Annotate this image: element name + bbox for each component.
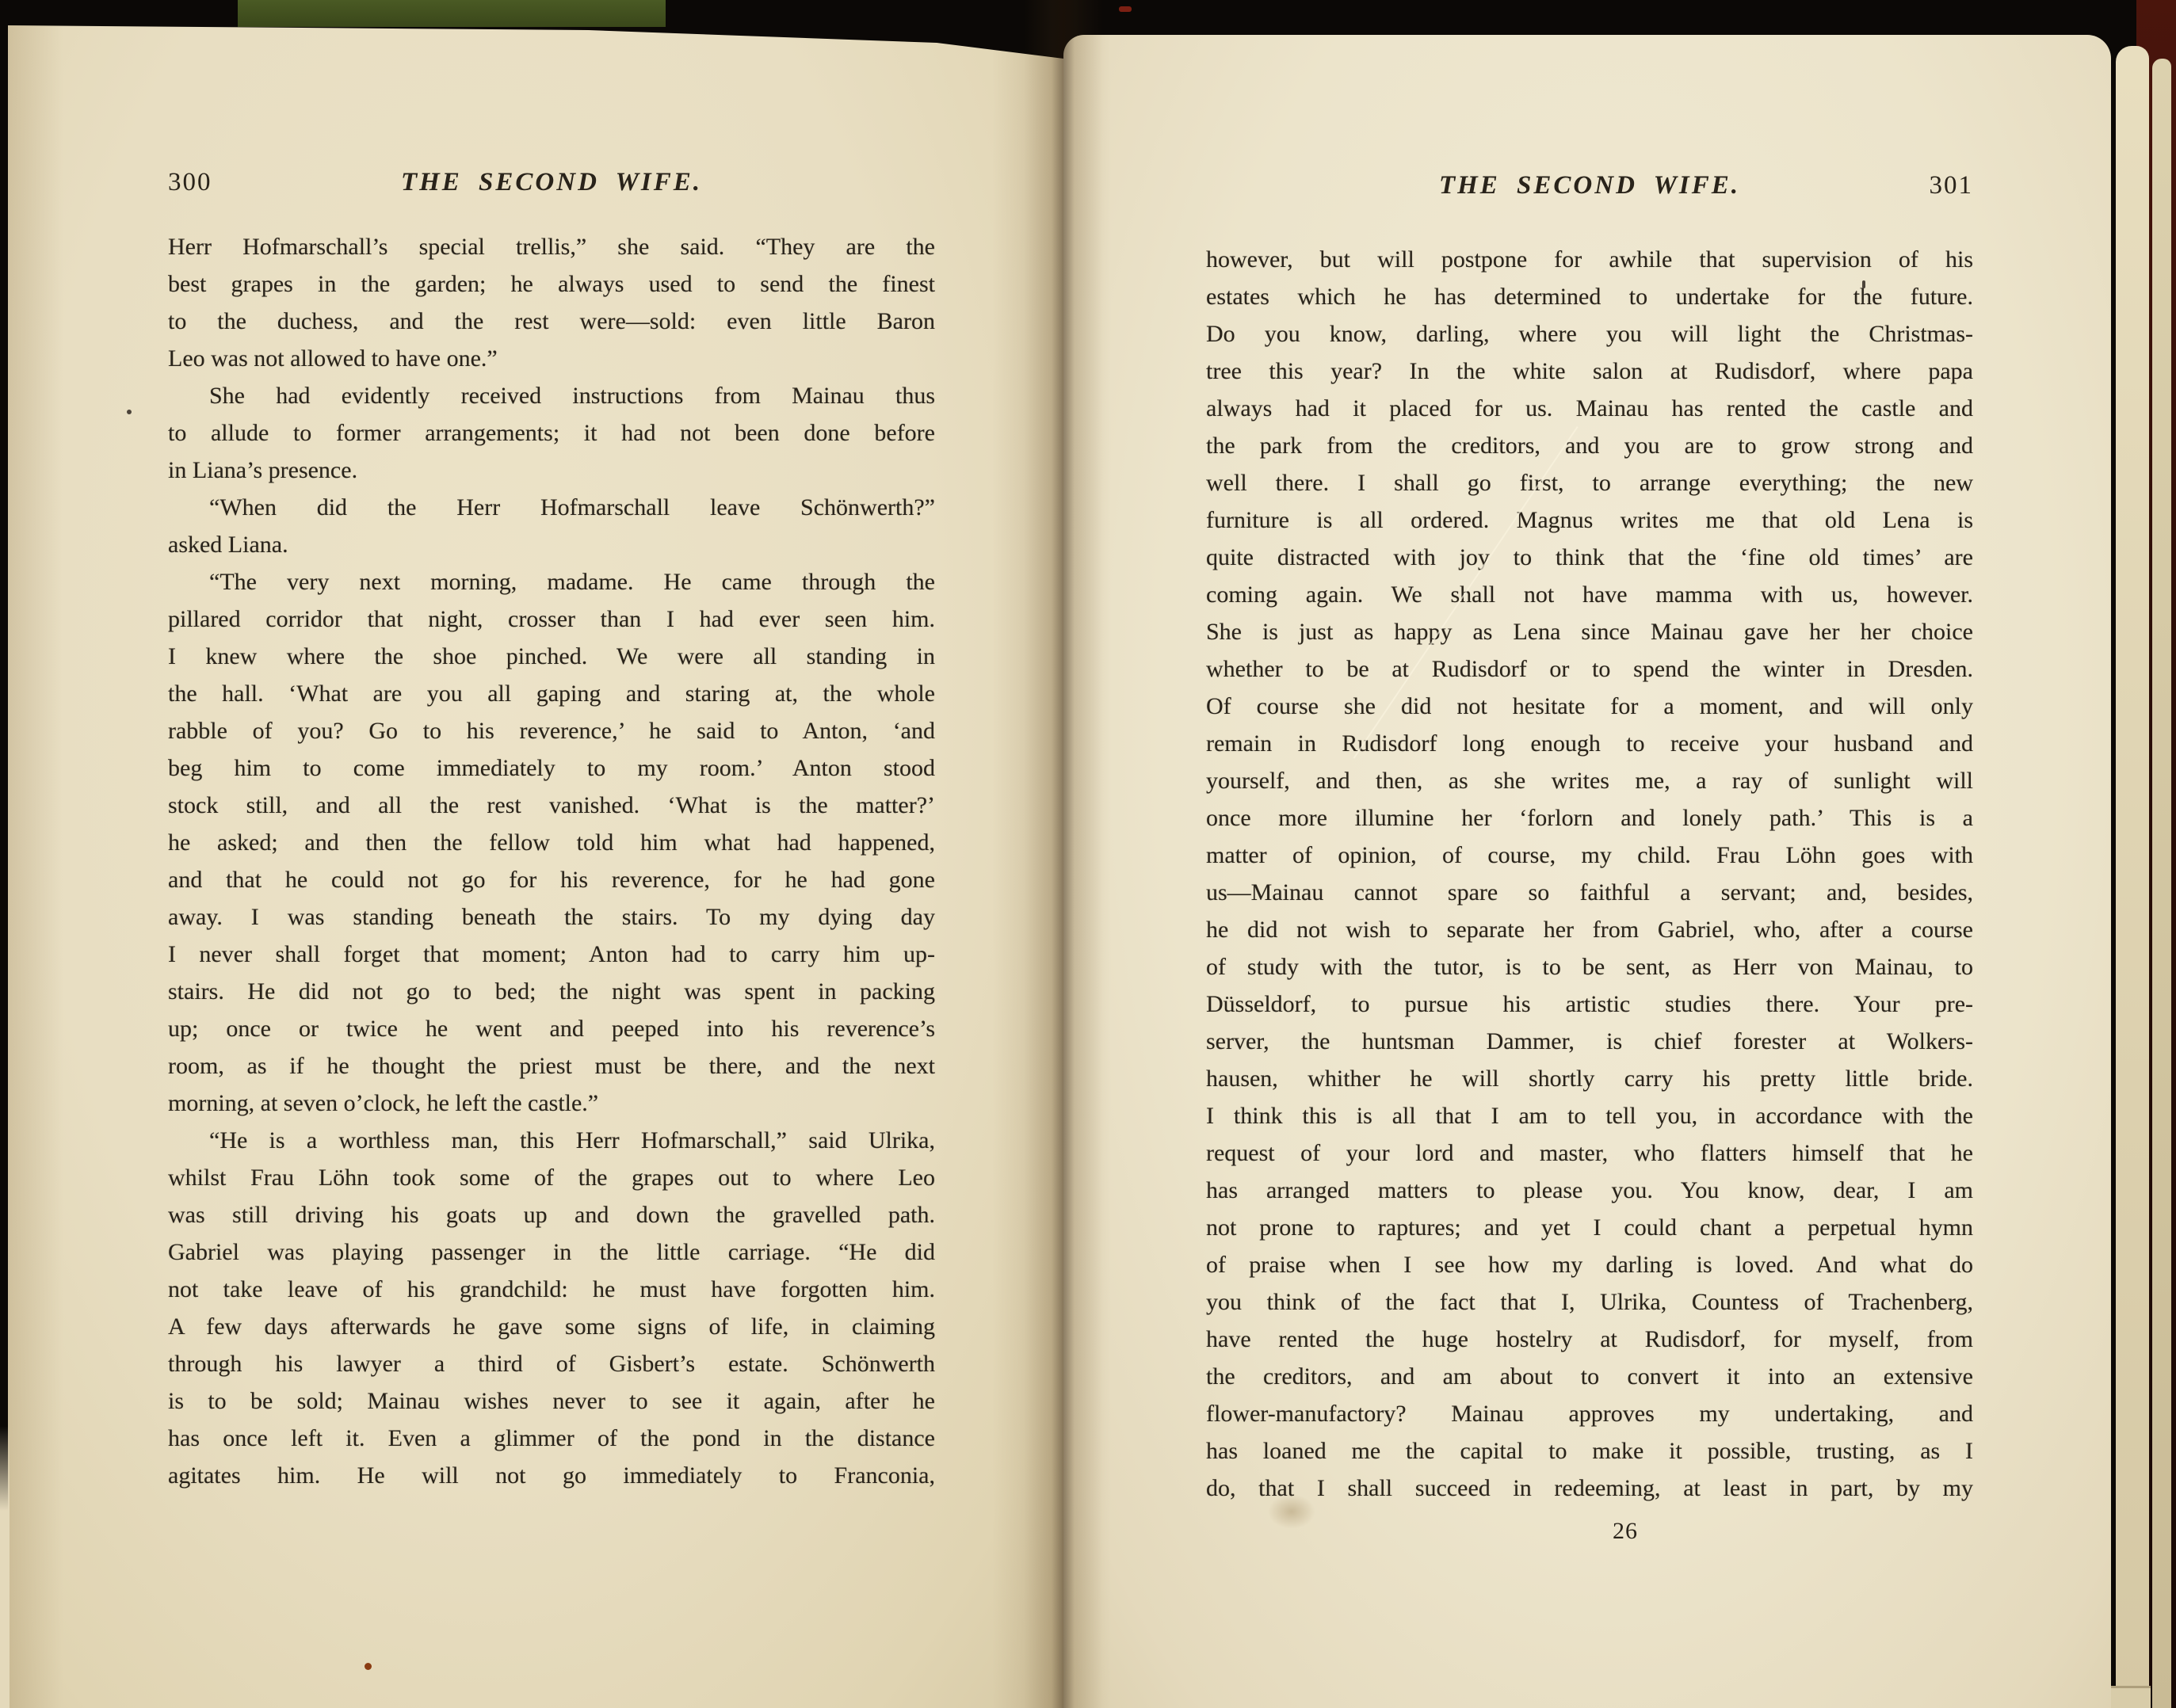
text-line: up; once or twice he went and peeped int… bbox=[168, 1010, 935, 1047]
text-line: tree this year? In the white salon at Ru… bbox=[1206, 353, 1973, 390]
text-line: pillared corridor that night, crosser th… bbox=[168, 600, 935, 638]
text-line: you think of the fact that I, Ulrika, Co… bbox=[1206, 1283, 1973, 1321]
text-line: morning, at seven o’clock, he left the c… bbox=[168, 1085, 935, 1122]
text-line: She had evidently received instructions … bbox=[168, 377, 935, 414]
text-line: coming again. We shall not have mamma wi… bbox=[1206, 576, 1973, 613]
left-page: 300 THE SECOND WIFE. Herr Hofmarschall’s… bbox=[8, 24, 1063, 1708]
text-line: is to be sold; Mainau wishes never to se… bbox=[168, 1382, 935, 1420]
text-line: have rented the huge hostelry at Rudisdo… bbox=[1206, 1321, 1973, 1358]
right-page-header: THE SECOND WIFE. 301 bbox=[1206, 171, 1973, 206]
text-line: Gabriel was playing passenger in the lit… bbox=[168, 1233, 935, 1271]
right-page-text: however, but will postpone for awhile th… bbox=[1206, 241, 1973, 1507]
text-line: Of course she did not hesitate for a mom… bbox=[1206, 688, 1973, 725]
text-line: I think this is all that I am to tell yo… bbox=[1206, 1097, 1973, 1134]
text-line: well there. I shall go first, to arrange… bbox=[1206, 464, 1973, 501]
text-line: flower-manufactory? Mainau approves my u… bbox=[1206, 1395, 1973, 1432]
foxing-speck bbox=[127, 410, 132, 414]
text-line: the creditors, and am about to convert i… bbox=[1206, 1358, 1973, 1395]
text-line: has loaned me the capital to make it pos… bbox=[1206, 1432, 1973, 1470]
running-title: THE SECOND WIFE. bbox=[1206, 171, 1973, 200]
text-line: through his lawyer a third of Gisbert’s … bbox=[168, 1345, 935, 1382]
text-line: beg him to come immediately to my room.’… bbox=[168, 749, 935, 787]
signature-mark: 26 bbox=[1242, 1518, 2009, 1545]
foxing-speck bbox=[1119, 6, 1132, 12]
text-line: remain in Rudisdorf long enough to recei… bbox=[1206, 725, 1973, 762]
text-line: stairs. He did not go to bed; the night … bbox=[168, 973, 935, 1010]
text-line: always had it placed for us. Mainau has … bbox=[1206, 390, 1973, 427]
text-line: “When did the Herr Hofmarschall leave Sc… bbox=[168, 489, 935, 526]
text-line: quite distracted with joy to think that … bbox=[1206, 539, 1973, 576]
text-line: Do you know, darling, where you will lig… bbox=[1206, 315, 1973, 353]
text-line: I knew where the shoe pinched. We were a… bbox=[168, 638, 935, 675]
text-line: hausen, whither he will shortly carry hi… bbox=[1206, 1060, 1973, 1097]
fore-edge-page-stack bbox=[2116, 46, 2149, 1708]
text-line: was still driving his goats up and down … bbox=[168, 1196, 935, 1233]
text-line: asked Liana. bbox=[168, 526, 935, 563]
text-line: has once left it. Even a glimmer of the … bbox=[168, 1420, 935, 1457]
text-line: away. I was standing beneath the stairs.… bbox=[168, 898, 935, 936]
text-line: best grapes in the garden; he always use… bbox=[168, 265, 935, 303]
text-line: Herr Hofmarschall’s special trellis,” sh… bbox=[168, 228, 935, 265]
right-page: THE SECOND WIFE. 301 however, but will p… bbox=[1063, 35, 2111, 1708]
text-line: of study with the tutor, is to be sent, … bbox=[1206, 948, 1973, 986]
text-line: to the duchess, and the rest were—sold: … bbox=[168, 303, 935, 340]
text-line: he did not wish to separate her from Gab… bbox=[1206, 911, 1973, 948]
text-line: whether to be at Rudisdorf or to spend t… bbox=[1206, 650, 1973, 688]
book-cover-green-edge bbox=[238, 0, 666, 27]
foxing-speck bbox=[1862, 280, 1865, 288]
text-line: yourself, and then, as she writes me, a … bbox=[1206, 762, 1973, 799]
text-line: She is just as happy as Lena since Maina… bbox=[1206, 613, 1973, 650]
text-line: agitates him. He will not go immediately… bbox=[168, 1457, 935, 1494]
text-line: I never shall forget that moment; Anton … bbox=[168, 936, 935, 973]
page-corner-patch bbox=[0, 1426, 10, 1708]
text-line: the park from the creditors, and you are… bbox=[1206, 427, 1973, 464]
text-line: he asked; and then the fellow told him w… bbox=[168, 824, 935, 861]
page-number: 300 bbox=[168, 168, 212, 197]
text-line: however, but will postpone for awhile th… bbox=[1206, 241, 1973, 278]
paper-stain bbox=[1268, 1494, 1315, 1529]
text-line: “He is a worthless man, this Herr Hofmar… bbox=[168, 1122, 935, 1159]
text-line: rabble of you? Go to his reverence,’ he … bbox=[168, 712, 935, 749]
text-line: not prone to raptures; and yet I could c… bbox=[1206, 1209, 1973, 1246]
text-line: A few days afterwards he gave some signs… bbox=[168, 1308, 935, 1345]
book-gutter bbox=[1024, 0, 1103, 1708]
text-line: furniture is all ordered. Magnus writes … bbox=[1206, 501, 1973, 539]
text-line: stock still, and all the rest vanished. … bbox=[168, 787, 935, 824]
text-line: Düsseldorf, to pursue his artistic studi… bbox=[1206, 986, 1973, 1023]
left-page-text: Herr Hofmarschall’s special trellis,” sh… bbox=[168, 228, 935, 1494]
left-page-header: 300 THE SECOND WIFE. bbox=[168, 168, 935, 203]
running-title: THE SECOND WIFE. bbox=[168, 168, 935, 197]
text-line: server, the huntsman Dammer, is chief fo… bbox=[1206, 1023, 1973, 1060]
text-line: the hall. ‘What are you all gaping and s… bbox=[168, 675, 935, 712]
text-line: room, as if he thought the priest must b… bbox=[168, 1047, 935, 1085]
text-line: matter of opinion, of course, my child. … bbox=[1206, 837, 1973, 874]
text-line: “The very next morning, madame. He came … bbox=[168, 563, 935, 600]
text-line: to allude to former arrangements; it had… bbox=[168, 414, 935, 452]
text-line: request of your lord and master, who fla… bbox=[1206, 1134, 1973, 1172]
text-line: us—Mainau cannot spare so faithful a ser… bbox=[1206, 874, 1973, 911]
text-line: not take leave of his grandchild: he mus… bbox=[168, 1271, 935, 1308]
page-number: 301 bbox=[1930, 171, 1974, 200]
text-line: Leo was not allowed to have one.” bbox=[168, 340, 935, 377]
text-line: estates which he has determined to under… bbox=[1206, 278, 1973, 315]
text-line: has arranged matters to please you. You … bbox=[1206, 1172, 1973, 1209]
text-line: of praise when I see how my darling is l… bbox=[1206, 1246, 1973, 1283]
text-line: once more illumine her ‘forlorn and lone… bbox=[1206, 799, 1973, 837]
text-line: do, that I shall succeed in redeeming, a… bbox=[1206, 1470, 1973, 1507]
foxing-speck bbox=[365, 1663, 372, 1670]
text-line: whilst Frau Löhn took some of the grapes… bbox=[168, 1159, 935, 1196]
fore-edge-page-stack bbox=[2152, 59, 2171, 1708]
text-line: in Liana’s presence. bbox=[168, 452, 935, 489]
text-line: and that he could not go for his reveren… bbox=[168, 861, 935, 898]
open-book-photo: 300 THE SECOND WIFE. Herr Hofmarschall’s… bbox=[0, 0, 2176, 1708]
